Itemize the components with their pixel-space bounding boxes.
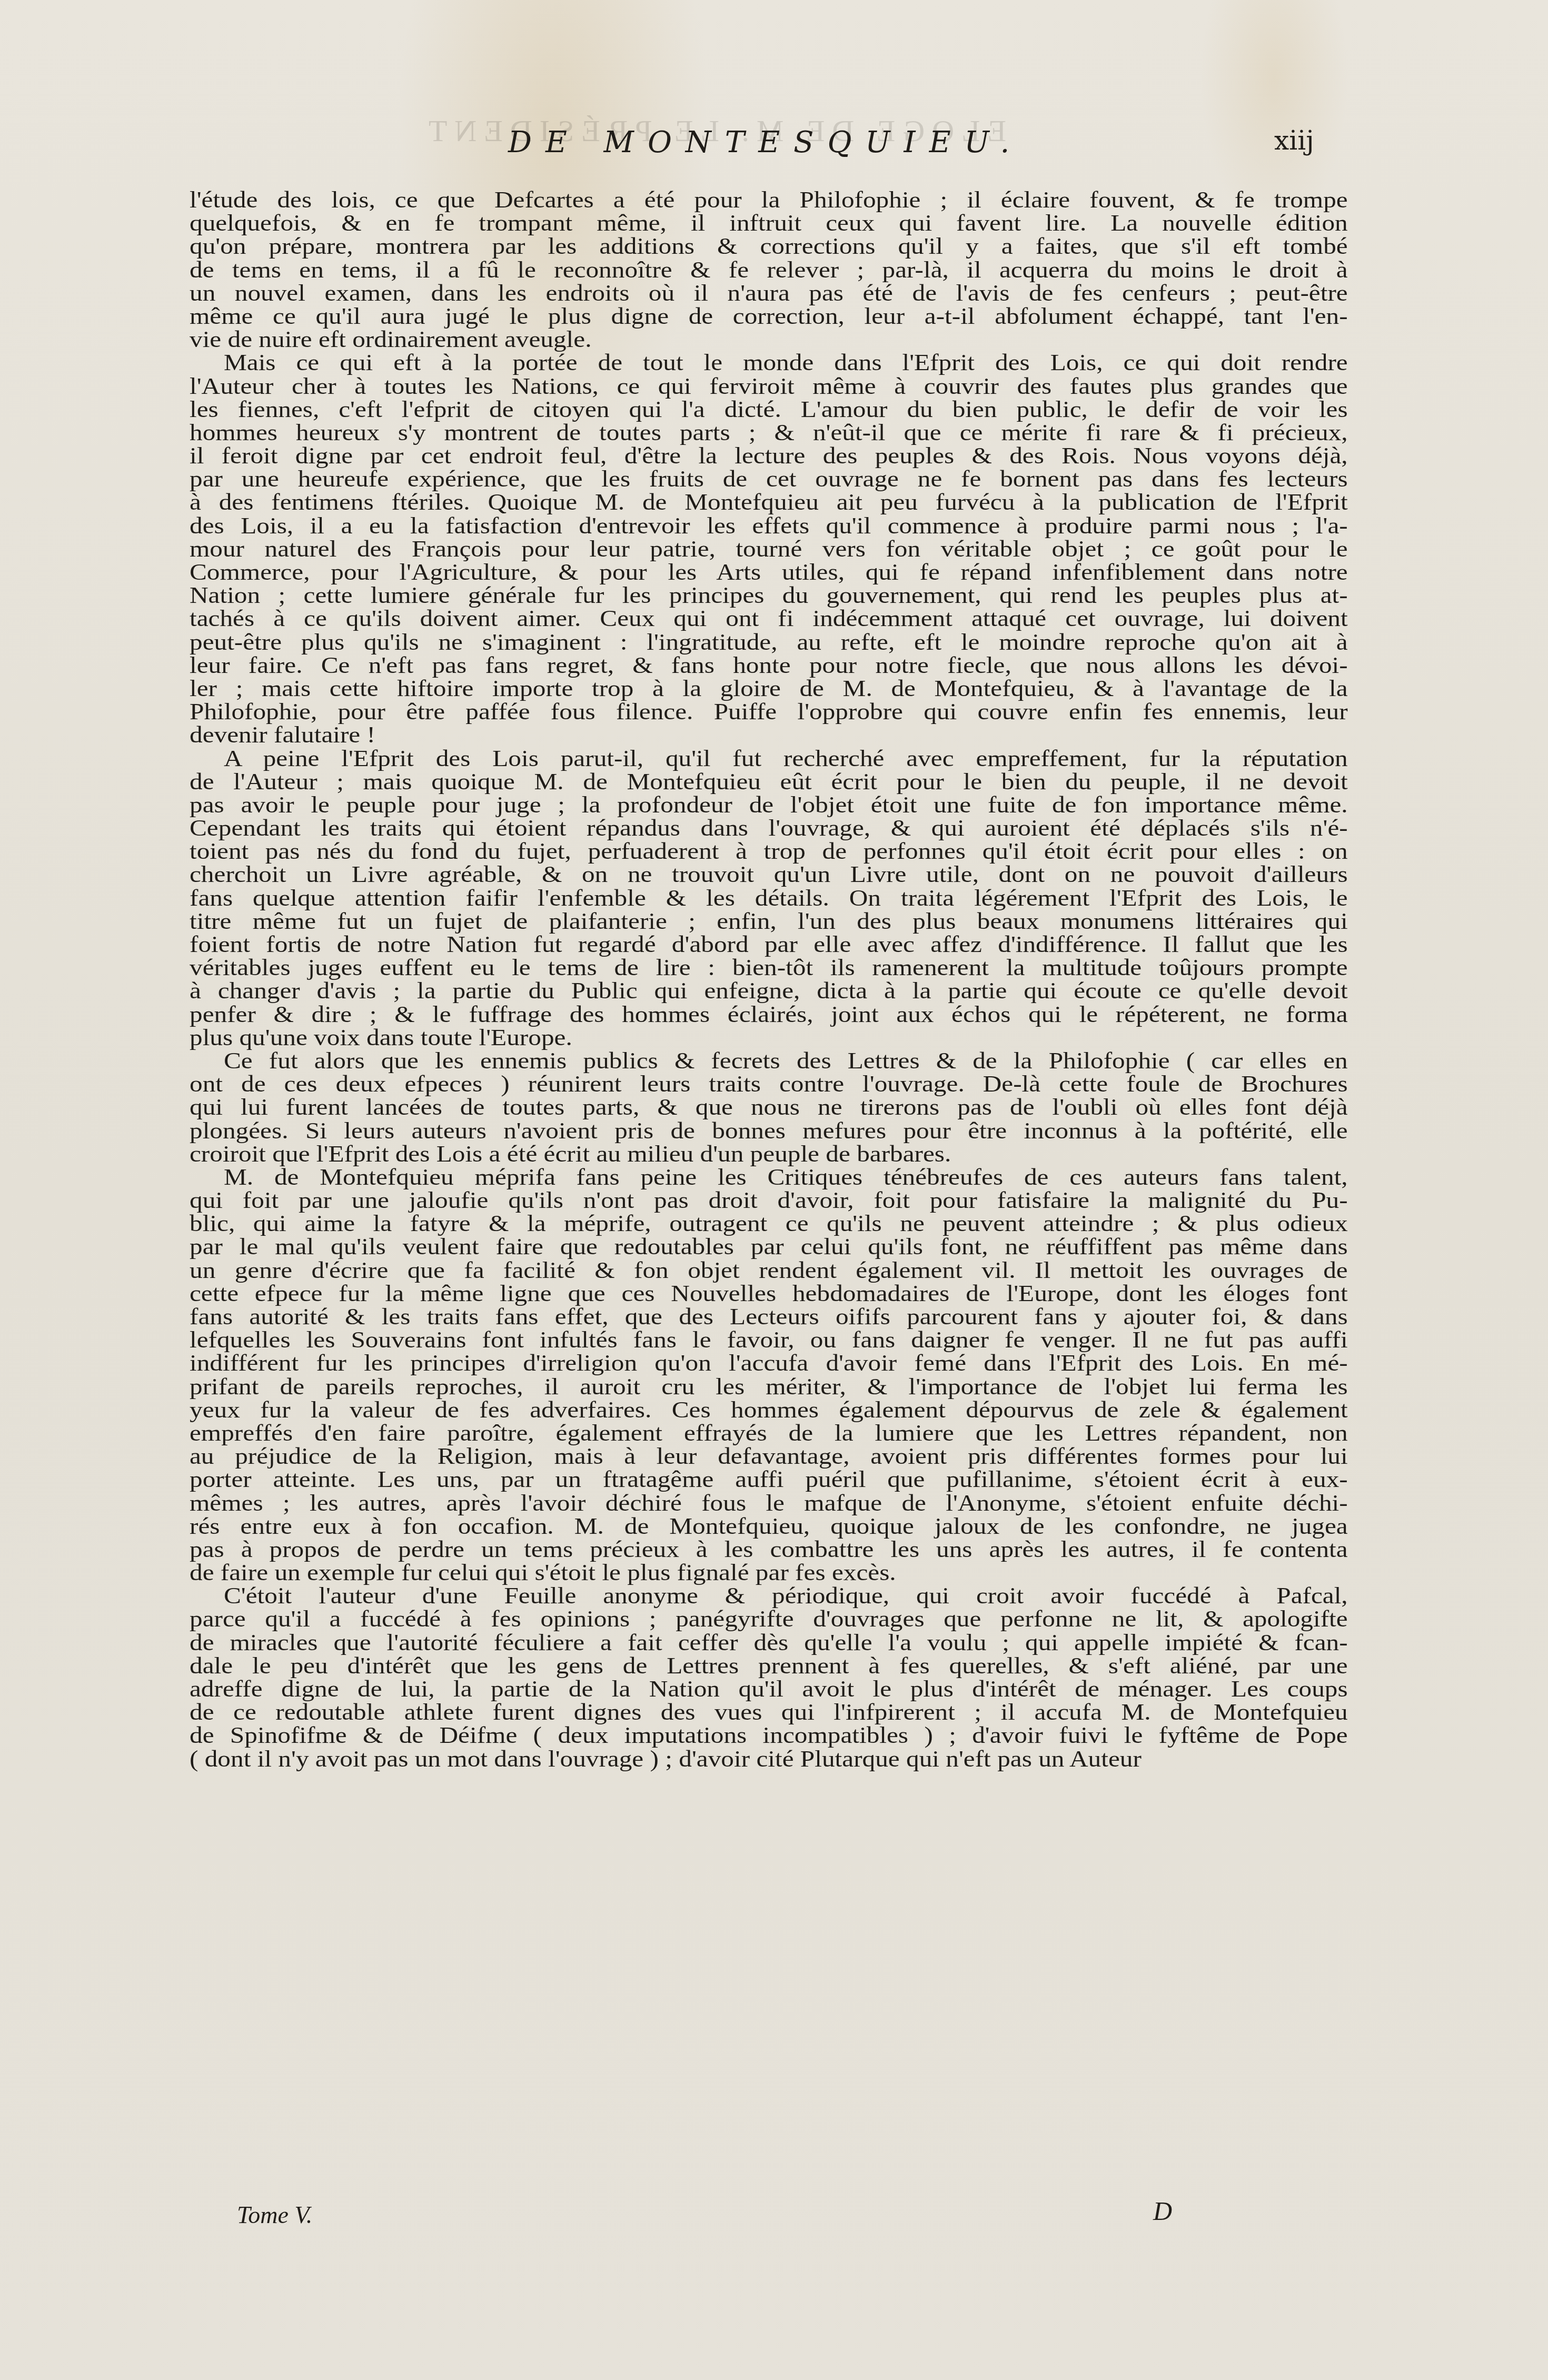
text-line: de l'Auteur ; mais quoique M. de Montefq… (190, 770, 1348, 794)
text-line: Mais ce qui eft à la portée de tout le m… (190, 351, 1348, 374)
text-line: hommes heureux s'y montrent de toutes pa… (190, 421, 1348, 444)
text-line: ont de ces deux efpeces ) réunirent leur… (190, 1073, 1348, 1096)
gathering-signature: D (1153, 2196, 1172, 2226)
text-line: de tems en tems, il a fû le reconnoître … (190, 259, 1348, 282)
running-title: DE MONTESQUIEU. (508, 125, 1023, 160)
text-line: cherchoit un Livre agréable, & on ne tro… (190, 863, 1348, 886)
text-line: fans quelque attention faifir l'enfemble… (190, 887, 1348, 910)
text-line: au préjudice de la Religion, mais à leur… (190, 1445, 1348, 1468)
text-line: indifférent fur les principes d'irreligi… (190, 1352, 1348, 1375)
text-line: Ce fut alors que les ennemis publics & f… (190, 1049, 1348, 1073)
text-line: Cependant les traits qui étoient répandu… (190, 817, 1348, 840)
text-line: de ce redoutable athlete furent dignes d… (190, 1701, 1348, 1724)
text-line: vie de nuire eft ordinairement aveugle. (190, 328, 1348, 351)
paragraph: M. de Montefquieu méprifa fans peine les… (190, 1166, 1348, 1584)
paragraph: A peine l'Efprit des Lois parut-il, qu'i… (190, 747, 1348, 1049)
text-line: prifant de pareils reproches, il auroit … (190, 1375, 1348, 1399)
text-line: un genre d'écrire que fa facilité & fon … (190, 1259, 1348, 1282)
text-line: cette efpece fur la même ligne que ces N… (190, 1282, 1348, 1305)
text-line: plongées. Si leurs auteurs n'avoient pri… (190, 1119, 1348, 1143)
text-line: parce qu'il a fuccédé à fes opinions ; p… (190, 1608, 1348, 1631)
text-line: ( dont il n'y avoit pas un mot dans l'ou… (190, 1748, 1348, 1771)
text-line: pas avoir le peuple pour juge ; la profo… (190, 794, 1348, 817)
text-line: leur faire. Ce n'eft pas fans regret, & … (190, 654, 1348, 677)
text-line: à des fentimens ftériles. Quoique M. de … (190, 491, 1348, 514)
text-line: croiroit que l'Efprit des Lois a été écr… (190, 1143, 1348, 1166)
text-line: toient pas nés du fond du fujet, perfuad… (190, 840, 1348, 863)
text-line: fans autorité & les traits fans effet, q… (190, 1305, 1348, 1328)
text-line: ler ; mais cette hiftoire importe trop à… (190, 677, 1348, 700)
text-line: par une heureufe expérience, que les fru… (190, 468, 1348, 491)
text-line: plus qu'une voix dans toute l'Europe. (190, 1026, 1348, 1049)
text-line: A peine l'Efprit des Lois parut-il, qu'i… (190, 747, 1348, 770)
text-line: peut-être plus qu'ils ne s'imaginent : l… (190, 631, 1348, 654)
text-line: il feroit digne par cet endroit feul, d'… (190, 444, 1348, 468)
text-line: foient fortis de notre Nation fut regard… (190, 933, 1348, 956)
text-line: l'étude des lois, ce que Defcartes a été… (190, 189, 1348, 212)
paragraph: l'étude des lois, ce que Defcartes a été… (190, 189, 1348, 351)
text-line: même ce qu'il aura jugé le plus digne de… (190, 305, 1348, 328)
text-line: blic, qui aime la fatyre & la méprife, o… (190, 1212, 1348, 1235)
text-line: quelquefois, & en fe trompant même, il i… (190, 212, 1348, 235)
text-line: devenir falutaire ! (190, 723, 1348, 747)
text-line: qu'on prépare, montrera par les addition… (190, 235, 1348, 258)
text-line: porter atteinte. Les uns, par un ftratag… (190, 1468, 1348, 1491)
paragraph: C'étoit l'auteur d'une Feuille anonyme &… (190, 1584, 1348, 1771)
text-line: Nation ; cette lumiere générale fur les … (190, 584, 1348, 607)
text-line: lefquelles les Souverains font infultés … (190, 1328, 1348, 1352)
text-line: Commerce, pour l'Agriculture, & pour les… (190, 561, 1348, 584)
text-line: adreffe digne de lui, la partie de la Na… (190, 1678, 1348, 1701)
text-line: tachés à ce qu'ils doivent aimer. Ceux q… (190, 607, 1348, 630)
text-line: qui lui furent lancées de toutes parts, … (190, 1096, 1348, 1119)
volume-signature: Tome V. (237, 2201, 312, 2229)
text-line: l'Auteur cher à toutes les Nations, ce q… (190, 375, 1348, 398)
text-line: pas à propos de perdre un tems précieux … (190, 1538, 1348, 1561)
running-head: DE MONTESQUIEU. xiij (0, 125, 1548, 167)
text-line: à changer d'avis ; la partie du Public q… (190, 979, 1348, 1003)
text-line: de faire un exemple fur celui qui s'étoi… (190, 1561, 1348, 1584)
text-line: mêmes ; les autres, après l'avoir déchir… (190, 1492, 1348, 1515)
text-line: un nouvel examen, dans les endroits où i… (190, 282, 1348, 305)
page-number: xiij (1274, 125, 1314, 156)
body-text: l'étude des lois, ce que Defcartes a été… (190, 189, 1348, 1771)
text-line: des Lois, il a eu la fatisfaction d'entr… (190, 514, 1348, 538)
text-line: M. de Montefquieu méprifa fans peine les… (190, 1166, 1348, 1189)
text-line: penfer & dire ; & le fuffrage des hommes… (190, 1003, 1348, 1026)
text-line: empreffés d'en faire paroître, également… (190, 1422, 1348, 1445)
paragraph: Mais ce qui eft à la portée de tout le m… (190, 351, 1348, 747)
text-line: qui foit par une jaloufie qu'ils n'ont p… (190, 1189, 1348, 1212)
text-line: par le mal qu'ils veulent faire que redo… (190, 1235, 1348, 1258)
text-line: mour naturel des François pour leur patr… (190, 538, 1348, 561)
text-line: titre même fut un fujet de plaifanterie … (190, 910, 1348, 933)
text-line: dale le peu d'intérêt que les gens de Le… (190, 1654, 1348, 1678)
text-line: yeux fur la valeur de fes adverfaires. C… (190, 1399, 1348, 1422)
paragraph: Ce fut alors que les ennemis publics & f… (190, 1049, 1348, 1166)
text-line: de miracles que l'autorité féculiere a f… (190, 1631, 1348, 1654)
text-line: véritables juges euffent eu le tems de l… (190, 956, 1348, 979)
text-line: de Spinofifme & de Déifme ( deux imputat… (190, 1724, 1348, 1747)
page-footer: Tome V. D (0, 2201, 1548, 2243)
text-line: les fiennes, c'eft l'efprit de citoyen q… (190, 398, 1348, 421)
text-line: Philofophie, pour être paffée fous filen… (190, 700, 1348, 723)
text-line: C'étoit l'auteur d'une Feuille anonyme &… (190, 1584, 1348, 1608)
text-line: rés entre eux à fon occafion. M. de Mont… (190, 1515, 1348, 1538)
